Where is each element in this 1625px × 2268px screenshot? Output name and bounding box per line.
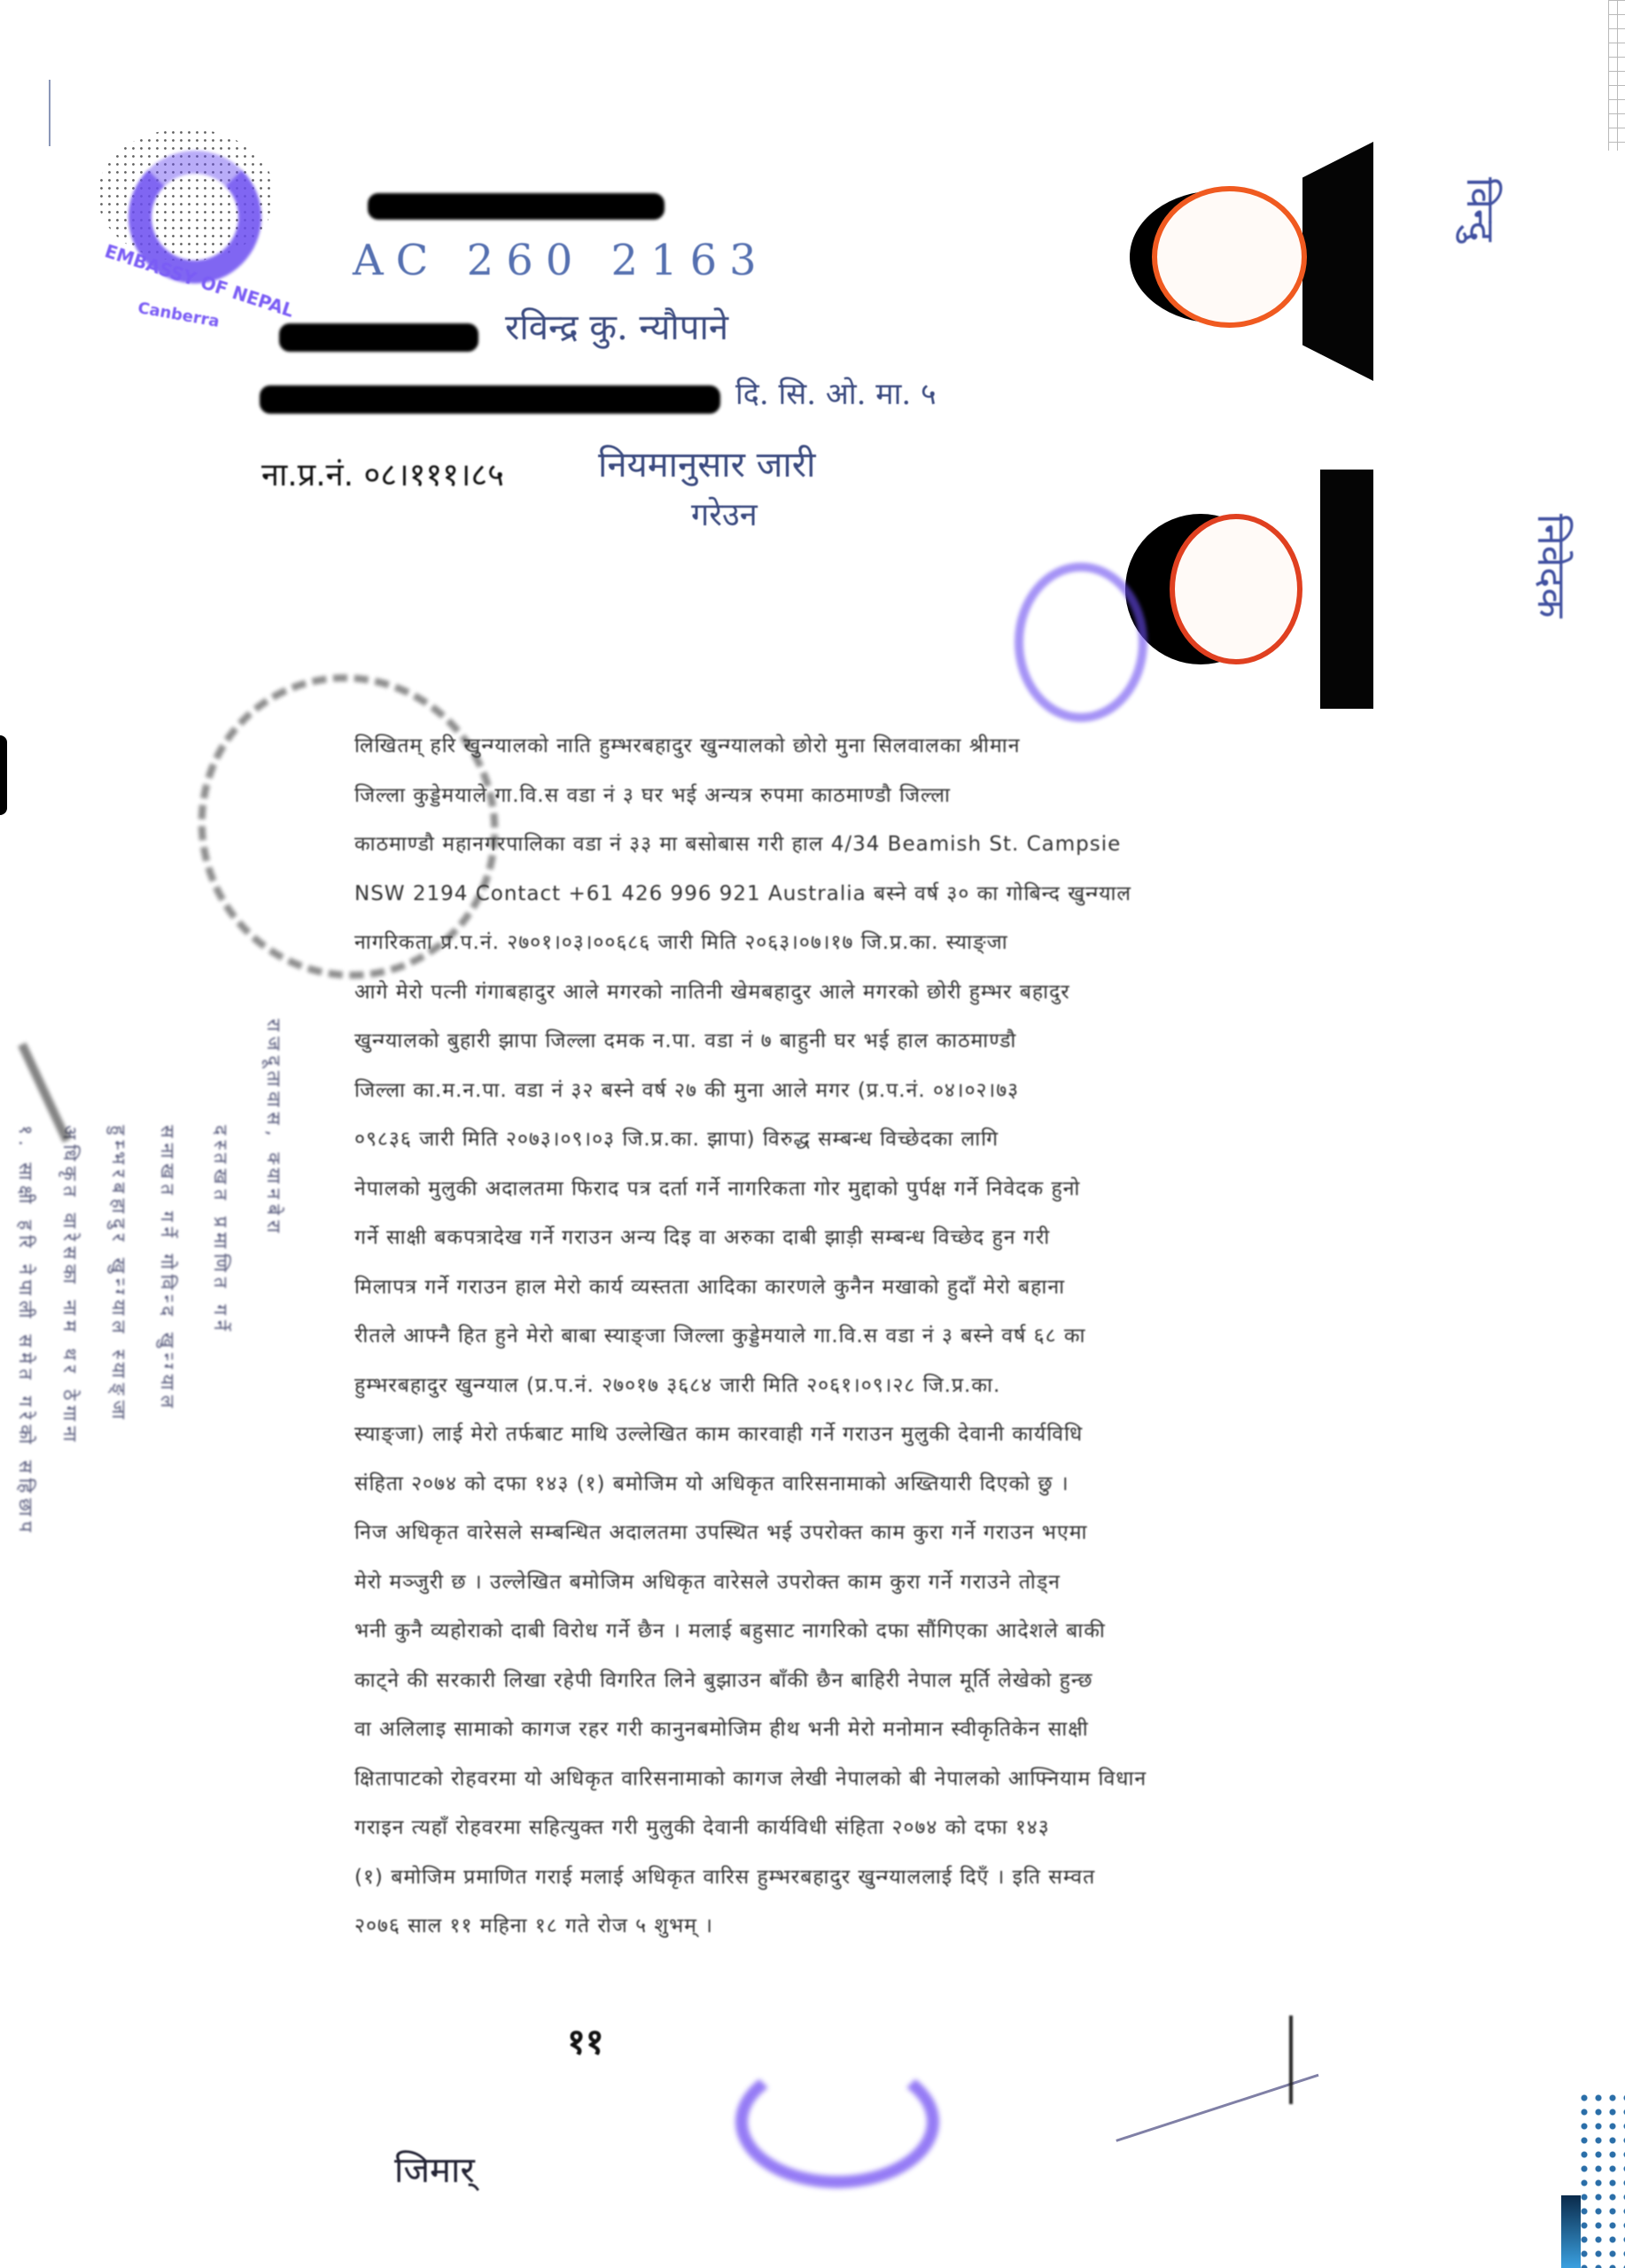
scan-edge-mark — [0, 735, 7, 815]
body-line: काठमाण्डौ महानगरपालिका वडा नं ३३ मा बसोब… — [354, 820, 1524, 870]
margin-note: हुम्भरबहादुर खुन्ग्याल स्याङ्जा — [106, 1125, 131, 2100]
scan-artifact-dots-bottom — [1577, 2091, 1625, 2268]
body-line: लिखितम् हरि खुन्ग्यालको नाति हुम्भरबहादु… — [354, 722, 1524, 772]
body-line: काट्ने की सरकारी लिखा रहेपी विगरित लिने … — [354, 1657, 1524, 1706]
body-line: क्षितापाटको रोहवरमा यो अधिकृत वारिसनामाक… — [354, 1755, 1524, 1805]
body-line: २०७६ साल ११ महिना १८ गते रोज ५ शुभम् । — [354, 1902, 1524, 1952]
id-label: ना.प्र.नं. ०८।१११।८५ — [261, 452, 504, 495]
header-title-redacted — [368, 193, 665, 220]
body-line: (१) बमोजिम प्रमाणित गराई मलाई अधिकृत वार… — [354, 1853, 1524, 1903]
left-margin-notes: १. साक्षी हरि नेपाली समेत गरेको सहिछापअध… — [9, 1019, 328, 2020]
body-line: भनी कुनै व्यहोराको दाबी विरोध गर्ने छैन … — [354, 1607, 1524, 1657]
handwritten-number: ११ — [567, 2016, 604, 2064]
body-line: मिलापत्र गर्ने गराउन हाल मेरो कार्य व्यस… — [354, 1263, 1524, 1313]
photo-shirt — [1302, 142, 1373, 381]
body-line: मेरो मञ्जुरी छ । उल्लेखित बमोजिम अधिकृत … — [354, 1558, 1524, 1608]
margin-note: १. साक्षी हरि नेपाली समेत गरेको सहिछाप — [13, 1125, 38, 2100]
margin-note: दस्तखत प्रमाणित गर्ने — [208, 1125, 233, 2100]
body-line: संहिता २०७४ को दफा १४३ (१) बमोजिम यो अधि… — [354, 1460, 1524, 1510]
address-value: दि. सि. ओ. मा. ५ — [735, 372, 937, 413]
name-label-redacted — [279, 323, 478, 352]
body-line: जिल्ला का.म.न.पा. वडा नं ३२ बस्ने वर्ष २… — [354, 1067, 1524, 1116]
agent-photo — [1121, 430, 1413, 722]
name-value: रविन्द्र कु. न्यौपाने — [505, 301, 728, 350]
right-signature — [1092, 1998, 1319, 2142]
body-line: ०९८३६ जारी मिति २०७३।०९।०३ जि.प्र.का. झा… — [354, 1115, 1524, 1165]
body-line: स्याङ्जा) लाई मेरो तर्फबाट माथि उल्लेखित… — [354, 1410, 1524, 1460]
principal-photo — [1125, 142, 1409, 381]
body-line: रीतले आफ्नै हित हुने मेरो बाबा स्याङ्जा … — [354, 1312, 1524, 1362]
body-line: गराइन त्यहाँ रोहवरमा सहित्युक्त गरी मुलु… — [354, 1804, 1524, 1853]
body-line: खुन्ग्यालको बुहारी झापा जिल्ला दमक न.पा.… — [354, 1017, 1524, 1067]
photo-face — [1152, 186, 1307, 328]
scan-artifact-block — [1561, 2195, 1581, 2268]
body-line: जिल्ला कुड्डेमयाले गा.वि.स वडा नं ३ घर भ… — [354, 772, 1524, 821]
embassy-seal: EMBASSY OF NEPAL Canberra — [89, 124, 319, 346]
left-signature: जिमार् — [394, 2144, 475, 2193]
margin-note: अधिकृत वारेसका नाम थर ठेगाना — [58, 1125, 82, 2100]
passport-number: AC 260 2163 — [353, 236, 769, 285]
id-value-line2: गरेउन — [691, 492, 758, 535]
address-label-redacted — [260, 385, 720, 414]
signature-stroke — [1289, 2016, 1293, 2104]
photo-face — [1170, 514, 1302, 664]
photo-shirt — [1320, 470, 1373, 709]
body-line: नागरिकता प्र.प.नं. २७०१।०३।००६८६ जारी मि… — [354, 919, 1524, 968]
body-line: आगे मेरो पत्नी गंगाबहादुर आले मगरको नाति… — [354, 968, 1524, 1018]
margin-line — [49, 80, 51, 146]
margin-note: राजदूतावास, क्यानबेरा — [261, 1019, 286, 1993]
body-line: नेपालको मुलुकी अदालतमा फिराद पत्र दर्ता … — [354, 1165, 1524, 1215]
photo-stamp — [1015, 563, 1147, 722]
body-line: गर्ने साक्षी बकपत्रादेख गर्ने गराउन अन्य… — [354, 1214, 1524, 1263]
seal-city: Canberra — [136, 299, 221, 331]
body-line: NSW 2194 Contact +61 426 996 921 Austral… — [354, 870, 1524, 920]
body-line: वा अलिलाइ सामाको कागज रहर गरी कानुनबमोजि… — [354, 1705, 1524, 1755]
id-value: नियमानुसार जारी — [598, 439, 815, 487]
bottom-stamp — [735, 2055, 939, 2188]
principal-side-signature: विन्दु — [1453, 177, 1506, 408]
scan-artifact-grid-top — [1608, 0, 1625, 151]
body-line: निज अधिकृत वारेसले सम्बन्धित अदालतमा उपस… — [354, 1509, 1524, 1558]
agent-side-signature: निवेदक — [1524, 514, 1577, 744]
document-body: लिखितम् हरि खुन्ग्यालको नाति हुम्भरबहादु… — [354, 722, 1524, 1952]
body-line: हुम्भरबहादुर खुन्ग्याल (प्र.प.नं. २७०१७ … — [354, 1362, 1524, 1411]
margin-note: सनाखत गर्ने गोविन्द खुन्ग्याल — [155, 1125, 180, 2100]
